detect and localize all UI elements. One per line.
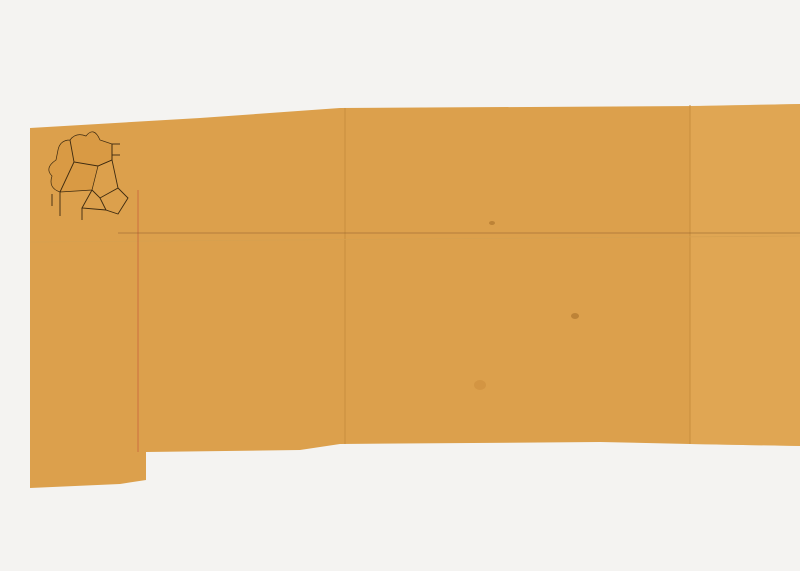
stain	[474, 380, 486, 390]
floor-plan-drawing	[0, 0, 800, 571]
paper-sheet-right	[690, 104, 800, 446]
stain	[571, 313, 579, 319]
stain	[489, 221, 495, 225]
paper-sheet	[30, 104, 800, 488]
